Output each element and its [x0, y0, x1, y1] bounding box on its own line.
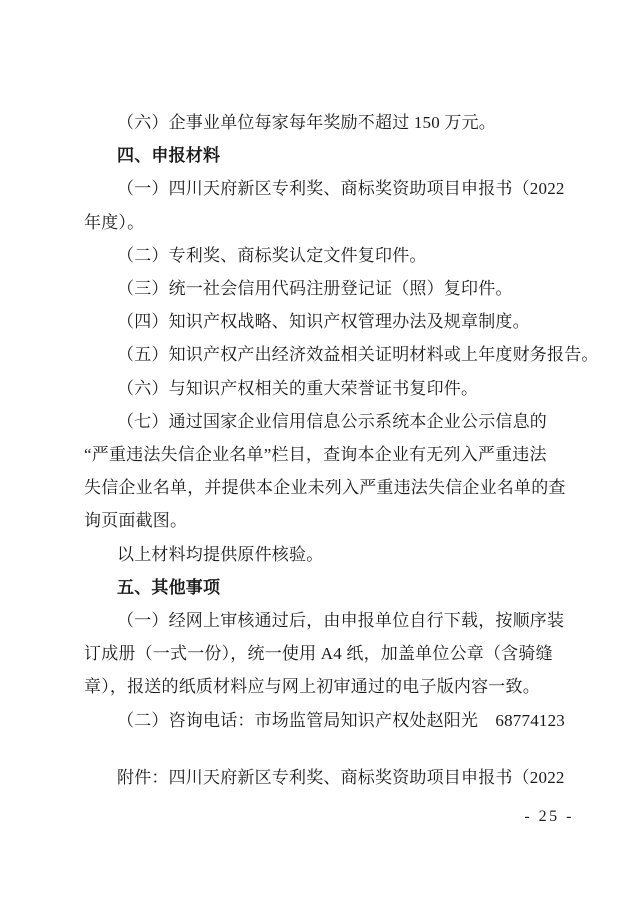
text-line: （五）知识产权产出经济效益相关证明材料或上年度财务报告。 — [84, 338, 584, 371]
text-line: （六）企事业单位每家每年奖励不超过 150 万元。 — [84, 106, 584, 139]
document-body: （六）企事业单位每家每年奖励不超过 150 万元。 四、申报材料 （一）四川天府… — [84, 106, 584, 794]
text-line: （三）统一社会信用代码注册登记证（照）复印件。 — [84, 272, 584, 305]
text-line: 年度）。 — [84, 206, 584, 239]
section-heading-5: 五、其他事项 — [84, 571, 584, 604]
document-page: （六）企事业单位每家每年奖励不超过 150 万元。 四、申报材料 （一）四川天府… — [0, 0, 636, 900]
text-line: 询页面截图。 — [84, 504, 584, 537]
section-heading-4: 四、申报材料 — [84, 139, 584, 172]
text-line: （一）经网上审核通过后，由申报单位自行下载，按顺序装 — [84, 604, 584, 637]
text-line: （二）专利奖、商标奖认定文件复印件。 — [84, 239, 584, 272]
text-line: “严重违法失信企业名单”栏目，查询本企业有无列入严重违法 — [84, 438, 584, 471]
text-line: 以上材料均提供原件核验。 — [84, 538, 584, 571]
text-line: 失信企业名单，并提供本企业未列入严重违法失信企业名单的查 — [84, 471, 584, 504]
attachment-line: 附件：四川天府新区专利奖、商标奖资助项目申报书（2022 — [84, 761, 584, 794]
text-line: （六）与知识产权相关的重大荣誉证书复印件。 — [84, 372, 584, 405]
text-line: （一）四川天府新区专利奖、商标奖资助项目申报书（2022 — [84, 172, 584, 205]
text-line: （二）咨询电话：市场监管局知识产权处赵阳光 68774123 — [84, 704, 584, 737]
text-line: 订成册（一式一份），统一使用 A4 纸，加盖单位公章（含骑缝 — [84, 637, 584, 670]
text-line: （七）通过国家企业信用信息公示系统本企业公示信息的 — [84, 405, 584, 438]
page-number: - 25 - — [524, 808, 574, 826]
text-line: （四）知识产权战略、知识产权管理办法及规章制度。 — [84, 305, 584, 338]
text-line: 章），报送的纸质材料应与网上初审通过的电子版内容一致。 — [84, 670, 584, 703]
